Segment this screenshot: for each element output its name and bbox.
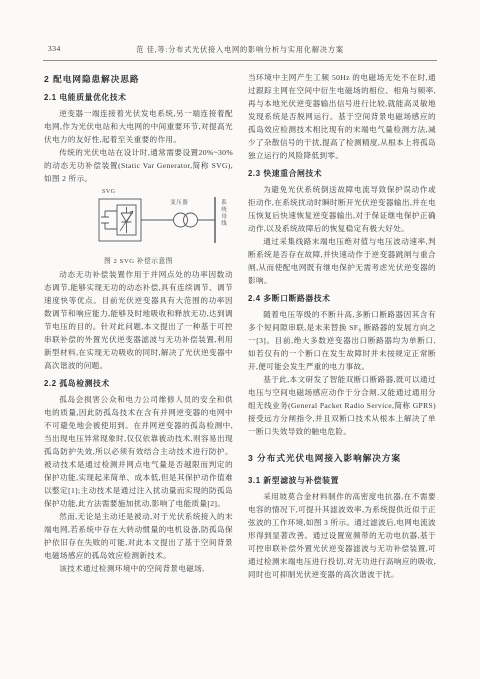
paragraph: 逆变器一端连接着光伏发电系统,另一端连接着配电网,作为光伏电站和大电网的中间重要… [44,107,233,146]
section-3-heading: 3 分布式光伏电网接入影响解决方案 [248,452,436,464]
thyristor-symbol [121,207,132,233]
paragraph: 基于此,本文研发了智能双断口断路器,既可以通过电压与空间电磁场感应动作于分合闸,… [248,373,436,438]
page-header: 334 范 佳,等:分布式光伏接入电网的影响分析与实用化解决方案 [44,44,436,58]
section-2-heading: 2 配电网隐患解决思路 [44,73,233,85]
right-column: 当环境中主网产生工频 50Hz 的电磁场无处不在时,通过跟踪主网在空间中衍生电磁… [248,71,436,581]
section-2-3-heading: 2.3 快速重合闸技术 [248,168,436,179]
capacitor-symbol [101,211,117,229]
figure-2-caption: 图 2 SVG 补偿示意图 [44,255,233,265]
paragraph: 然而,无论是主动还是被动,对于光伏系统接入的末端电网,若系统中存在大转动惯量的电… [44,510,233,562]
paragraph: 该技术通过检测环境中的空间背景电磁场, [44,562,233,575]
figure-2-diagram: SVG 变压器 系统母线 [44,190,233,252]
two-column-layout: 2 配电网隐患解决思路 2.1 电能质量优化技术 逆变器一端连接着光伏发电系统,… [0,61,480,581]
paper-page: 334 范 佳,等:分布式光伏接入电网的影响分析与实用化解决方案 2 配电网隐患… [0,0,480,679]
paragraph: 当环境中主网产生工频 50Hz 的电磁场无处不在时,通过跟踪主网在空间中衍生电磁… [248,71,436,162]
svg-compensation-diagram [44,190,233,252]
paragraph: 通过采集线路末端电压绝对值与电压波动速率,判断系统是否存在故障,并快速动作于逆变… [248,235,436,287]
section-2-4-heading: 2.4 多断口断路器技术 [248,293,436,304]
paragraph: 动态无功补偿装置作用于并网点处的功率因数动态调节,能够实现无功的动态补偿,具有连… [44,268,233,372]
left-column: 2 配电网隐患解决思路 2.1 电能质量优化技术 逆变器一端连接着光伏发电系统,… [44,71,233,581]
figure-2: SVG 变压器 系统母线 图 2 SVG 补偿示意图 [44,190,233,265]
system-bus-label: 系统母线 [219,199,227,227]
svg-device-label: SVG [102,189,116,195]
running-title: 范 佳,等:分布式光伏接入电网的影响分析与实用化解决方案 [44,45,436,55]
paragraph: 传统的光伏电站在设计时,通常需要设置20%~30%的动态无功补偿装置(Stati… [44,146,233,185]
section-2-2-heading: 2.2 孤岛检测技术 [44,378,233,389]
paragraph: 采用坡莫合金材料制作的高密度电抗器,在不需要电容的情况下,可提升其滤波效率,为系… [248,490,436,581]
transformer-label: 变压器 [170,198,188,206]
section-2-1-heading: 2.1 电能质量优化技术 [44,92,233,103]
section-3-1-heading: 3.1 新型滤波与补偿装置 [248,475,436,486]
transformer-winding-2 [184,213,198,227]
paragraph: 随着电压等级的不断升高,多断口断路器因其含有多个短间隙串联,是未来替换 SF₆ … [248,308,436,373]
paragraph: 为避免光伏系统倒送故障电流导致保护误动作或拒动作,在系统扰动时瞬时断开光伏逆变器… [248,183,436,235]
paragraph: 孤岛会损害公众和电力公司维修人员的安全和供电的质量,因此防孤岛技术在含有并网逆变… [44,393,233,510]
